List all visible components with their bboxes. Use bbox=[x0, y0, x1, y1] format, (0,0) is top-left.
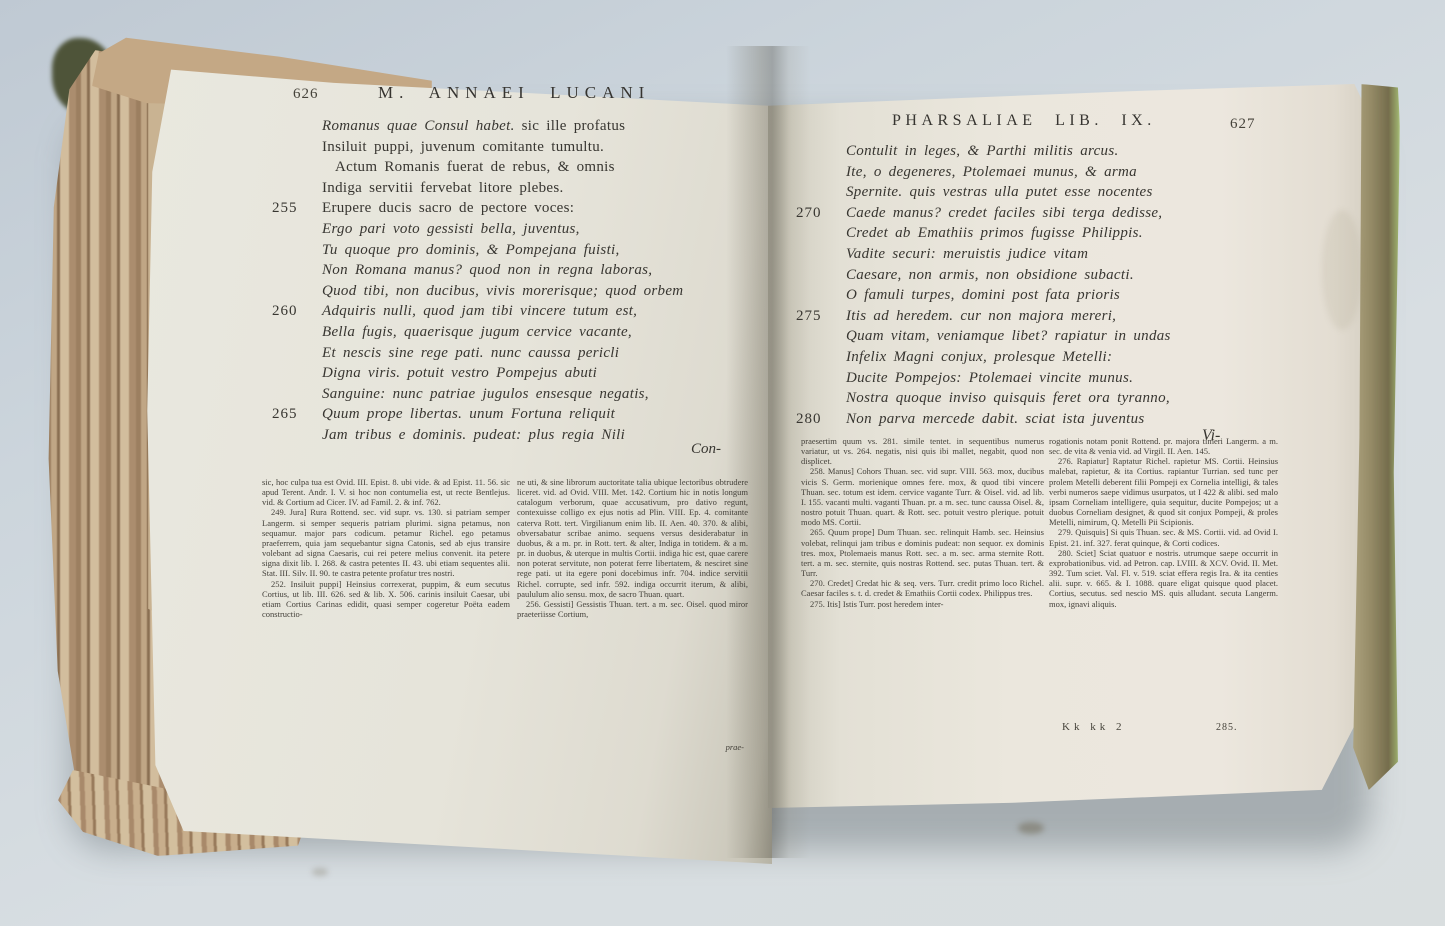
verse-text-roman: sic ille profatus bbox=[515, 118, 626, 134]
verse-line: Indiga servitii fervebat litore plebes. bbox=[322, 178, 762, 199]
verse-text-italic: Non Romana manus? quod non in regna labo… bbox=[322, 262, 652, 278]
verse-line: Contulit in leges, & Parthi militis arcu… bbox=[846, 141, 1316, 162]
verse-text-italic: Quam vitam, veniamque libet? rapiatur in… bbox=[846, 328, 1171, 344]
verse-text-roman: Actum Romanis fuerat de rebus, & omnis bbox=[335, 159, 615, 175]
verse-line-number: 255 bbox=[272, 198, 322, 219]
verse-line: 265Quum prope libertas. unum Fortuna rel… bbox=[322, 404, 762, 425]
footnote-paragraph: 280. Sciet] Sciat quatuor e nostris. utr… bbox=[1049, 548, 1278, 609]
verse-line: Quam vitam, veniamque libet? rapiatur in… bbox=[846, 326, 1316, 347]
verse-line: Ducite Pompejos: Ptolemaei vincite munus… bbox=[846, 368, 1316, 389]
verse-text-italic: Ite, o degeneres, Ptolemaei munus, & arm… bbox=[846, 164, 1137, 180]
verse-text-italic: Non parva mercede dabit. sciat ista juve… bbox=[846, 411, 1145, 427]
footnote-paragraph: praesertim quum vs. 281. simile tentet. … bbox=[801, 436, 1044, 466]
verse-line: Nostra quoque inviso quisquis feret ora … bbox=[846, 388, 1316, 409]
verse-text-italic: Jam tribus e dominis. pudeat: plus regia… bbox=[322, 427, 625, 443]
left-footnote-catchword: prae- bbox=[517, 742, 748, 752]
right-footnotes-column-2: rogationis notam ponit Rottend. pr. majo… bbox=[1049, 436, 1278, 720]
verse-line-number: 280 bbox=[796, 409, 846, 430]
verse-text-italic: Itis ad heredem. cur non majora mereri, bbox=[846, 308, 1116, 324]
verse-text-italic: Caede manus? credet faciles sibi terga d… bbox=[846, 205, 1162, 221]
verse-line-number: 265 bbox=[272, 404, 322, 425]
verse-line: Credet ab Emathiis primos fugisse Philip… bbox=[846, 223, 1316, 244]
show-through-blur bbox=[1322, 210, 1362, 330]
verse-line: Digna viris. potuit vestro Pompejus abut… bbox=[322, 363, 762, 384]
verse-line: Spernite. quis vestras ulla putet esse n… bbox=[846, 182, 1316, 203]
verse-line: 270Caede manus? credet faciles sibi terg… bbox=[846, 203, 1316, 224]
page-stain bbox=[1018, 822, 1044, 834]
footnote-paragraph: rogationis notam ponit Rottend. pr. majo… bbox=[1049, 436, 1278, 456]
verse-text-roman: Erupere ducis sacro de pectore voces: bbox=[322, 200, 574, 216]
right-verse-block: Contulit in leges, & Parthi militis arcu… bbox=[846, 141, 1316, 429]
left-verse-block: Romanus quae Consul habet. sic ille prof… bbox=[322, 116, 762, 446]
verse-line: Ite, o degeneres, Ptolemaei munus, & arm… bbox=[846, 162, 1316, 183]
verse-text-italic: Nostra quoque inviso quisquis feret ora … bbox=[846, 390, 1170, 406]
verse-line: Romanus quae Consul habet. sic ille prof… bbox=[322, 116, 762, 137]
footnote-paragraph: ne uti, & sine librorum auctoritate tali… bbox=[517, 477, 748, 599]
verse-line: Caesare, non armis, non obsidione subact… bbox=[846, 265, 1316, 286]
footnote-paragraph: 265. Quum prope] Dum Thuan. sec. relinqu… bbox=[801, 527, 1044, 578]
verse-line: 280Non parva mercede dabit. sciat ista j… bbox=[846, 409, 1316, 430]
verse-text-roman: Indiga servitii fervebat litore plebes. bbox=[322, 180, 564, 196]
verse-text-italic: Adquiris nulli, quod jam tibi vincere tu… bbox=[322, 303, 637, 319]
page-stain bbox=[312, 868, 328, 876]
right-page-number: 627 bbox=[1230, 116, 1256, 133]
verse-line: 275Itis ad heredem. cur non majora merer… bbox=[846, 306, 1316, 327]
footnote-paragraph: 258. Manus] Cohors Thuan. sec. vid supr.… bbox=[801, 466, 1044, 527]
footnote-paragraph: 276. Rapiatur] Raptatur Richel. rapietur… bbox=[1049, 456, 1278, 527]
verse-line: Sanguine: nunc patriae jugulos ensesque … bbox=[322, 384, 762, 405]
verse-text-italic: Infelix Magni conjux, prolesque Metelli: bbox=[846, 349, 1112, 365]
right-footnotes-column-1: praesertim quum vs. 281. simile tentet. … bbox=[801, 436, 1044, 720]
verse-line: Infelix Magni conjux, prolesque Metelli: bbox=[846, 347, 1316, 368]
verse-text-italic: Caesare, non armis, non obsidione subact… bbox=[846, 267, 1134, 283]
verse-line-number: 275 bbox=[796, 306, 846, 327]
verse-text-italic: Spernite. quis vestras ulla putet esse n… bbox=[846, 184, 1153, 200]
verse-line: Quod tibi, non ducibus, vivis morerisque… bbox=[322, 281, 762, 302]
left-footnotes-column-1: sic, hoc culpa tua est Ovid. III. Epist.… bbox=[262, 477, 510, 753]
verse-text-italic: Sanguine: nunc patriae jugulos ensesque … bbox=[322, 386, 649, 402]
verse-line-number: 260 bbox=[272, 301, 322, 322]
left-footnotes-column-2: ne uti, & sine librorum auctoritate tali… bbox=[517, 477, 748, 763]
verse-text-italic: Romanus quae Consul habet. bbox=[322, 118, 515, 134]
left-catchword: Con- bbox=[691, 441, 721, 458]
left-running-title: M. ANNAEI LUCANI bbox=[378, 83, 650, 103]
footnote-paragraph: 256. Gessisti] Gessistis Thuan. tert. a … bbox=[517, 599, 748, 619]
right-footnote-catchword: 285. bbox=[1216, 722, 1238, 733]
verse-line: Non Romana manus? quod non in regna labo… bbox=[322, 260, 762, 281]
signature-mark: Kk kk 2 bbox=[1062, 721, 1125, 733]
footnote-paragraph: 279. Quisquis] Si quis Thuan. sec. & MS.… bbox=[1049, 527, 1278, 547]
verse-text-italic: Bella fugis, quaerisque jugum cervice va… bbox=[322, 324, 632, 340]
right-running-title: PHARSALIAE LIB. IX. bbox=[892, 112, 1156, 130]
verse-text-italic: O famuli turpes, domini post fata priori… bbox=[846, 287, 1120, 303]
verse-text-italic: Quum prope libertas. unum Fortuna reliqu… bbox=[322, 406, 615, 422]
verse-text-italic: Quod tibi, non ducibus, vivis morerisque… bbox=[322, 283, 683, 299]
footnote-paragraph: sic, hoc culpa tua est Ovid. III. Epist.… bbox=[262, 477, 510, 507]
verse-text-italic: Tu quoque pro dominis, & Pompejana fuist… bbox=[322, 242, 620, 258]
verse-text-italic: Digna viris. potuit vestro Pompejus abut… bbox=[322, 365, 597, 381]
verse-line: Insiluit puppi, juvenum comitante tumult… bbox=[322, 137, 762, 158]
verse-text-italic: Ergo pari voto gessisti bella, juventus, bbox=[322, 221, 580, 237]
verse-text-italic: Et nescis sine rege pati. nunc caussa pe… bbox=[322, 345, 619, 361]
left-page-number: 626 bbox=[293, 86, 319, 103]
verse-line-number: 270 bbox=[796, 203, 846, 224]
verse-text-italic: Vadite securi: meruistis judice vitam bbox=[846, 246, 1088, 262]
verse-line: Tu quoque pro dominis, & Pompejana fuist… bbox=[322, 240, 762, 261]
footnote-paragraph: 275. Itis] Istis Turr. post heredem inte… bbox=[801, 599, 1044, 609]
verse-line: Actum Romanis fuerat de rebus, & omnis bbox=[322, 157, 762, 178]
left-footnote-catchword-row: prae- bbox=[517, 742, 748, 756]
verse-text-italic: Contulit in leges, & Parthi militis arcu… bbox=[846, 143, 1119, 159]
verse-text-roman: Insiluit puppi, juvenum comitante tumult… bbox=[322, 139, 604, 155]
verse-line: Vadite securi: meruistis judice vitam bbox=[846, 244, 1316, 265]
verse-line: Ergo pari voto gessisti bella, juventus, bbox=[322, 219, 762, 240]
verse-text-italic: Ducite Pompejos: Ptolemaei vincite munus… bbox=[846, 370, 1133, 386]
footnote-paragraph: 252. Insiluit puppi] Heinsius correxerat… bbox=[262, 579, 510, 620]
footnote-paragraph: 249. Jura] Rura Rottend. sec. vid supr. … bbox=[262, 507, 510, 578]
verse-line: Et nescis sine rege pati. nunc caussa pe… bbox=[322, 343, 762, 364]
verse-line: Bella fugis, quaerisque jugum cervice va… bbox=[322, 322, 762, 343]
verse-line: O famuli turpes, domini post fata priori… bbox=[846, 285, 1316, 306]
footnote-paragraph: 270. Credet] Credat hic & seq. vers. Tur… bbox=[801, 578, 1044, 598]
verse-line: 260Adquiris nulli, quod jam tibi vincere… bbox=[322, 301, 762, 322]
photo-of-open-book: 626 M. ANNAEI LUCANI Romanus quae Consul… bbox=[0, 0, 1445, 926]
verse-line: 255Erupere ducis sacro de pectore voces: bbox=[322, 198, 762, 219]
verse-text-italic: Credet ab Emathiis primos fugisse Philip… bbox=[846, 225, 1143, 241]
